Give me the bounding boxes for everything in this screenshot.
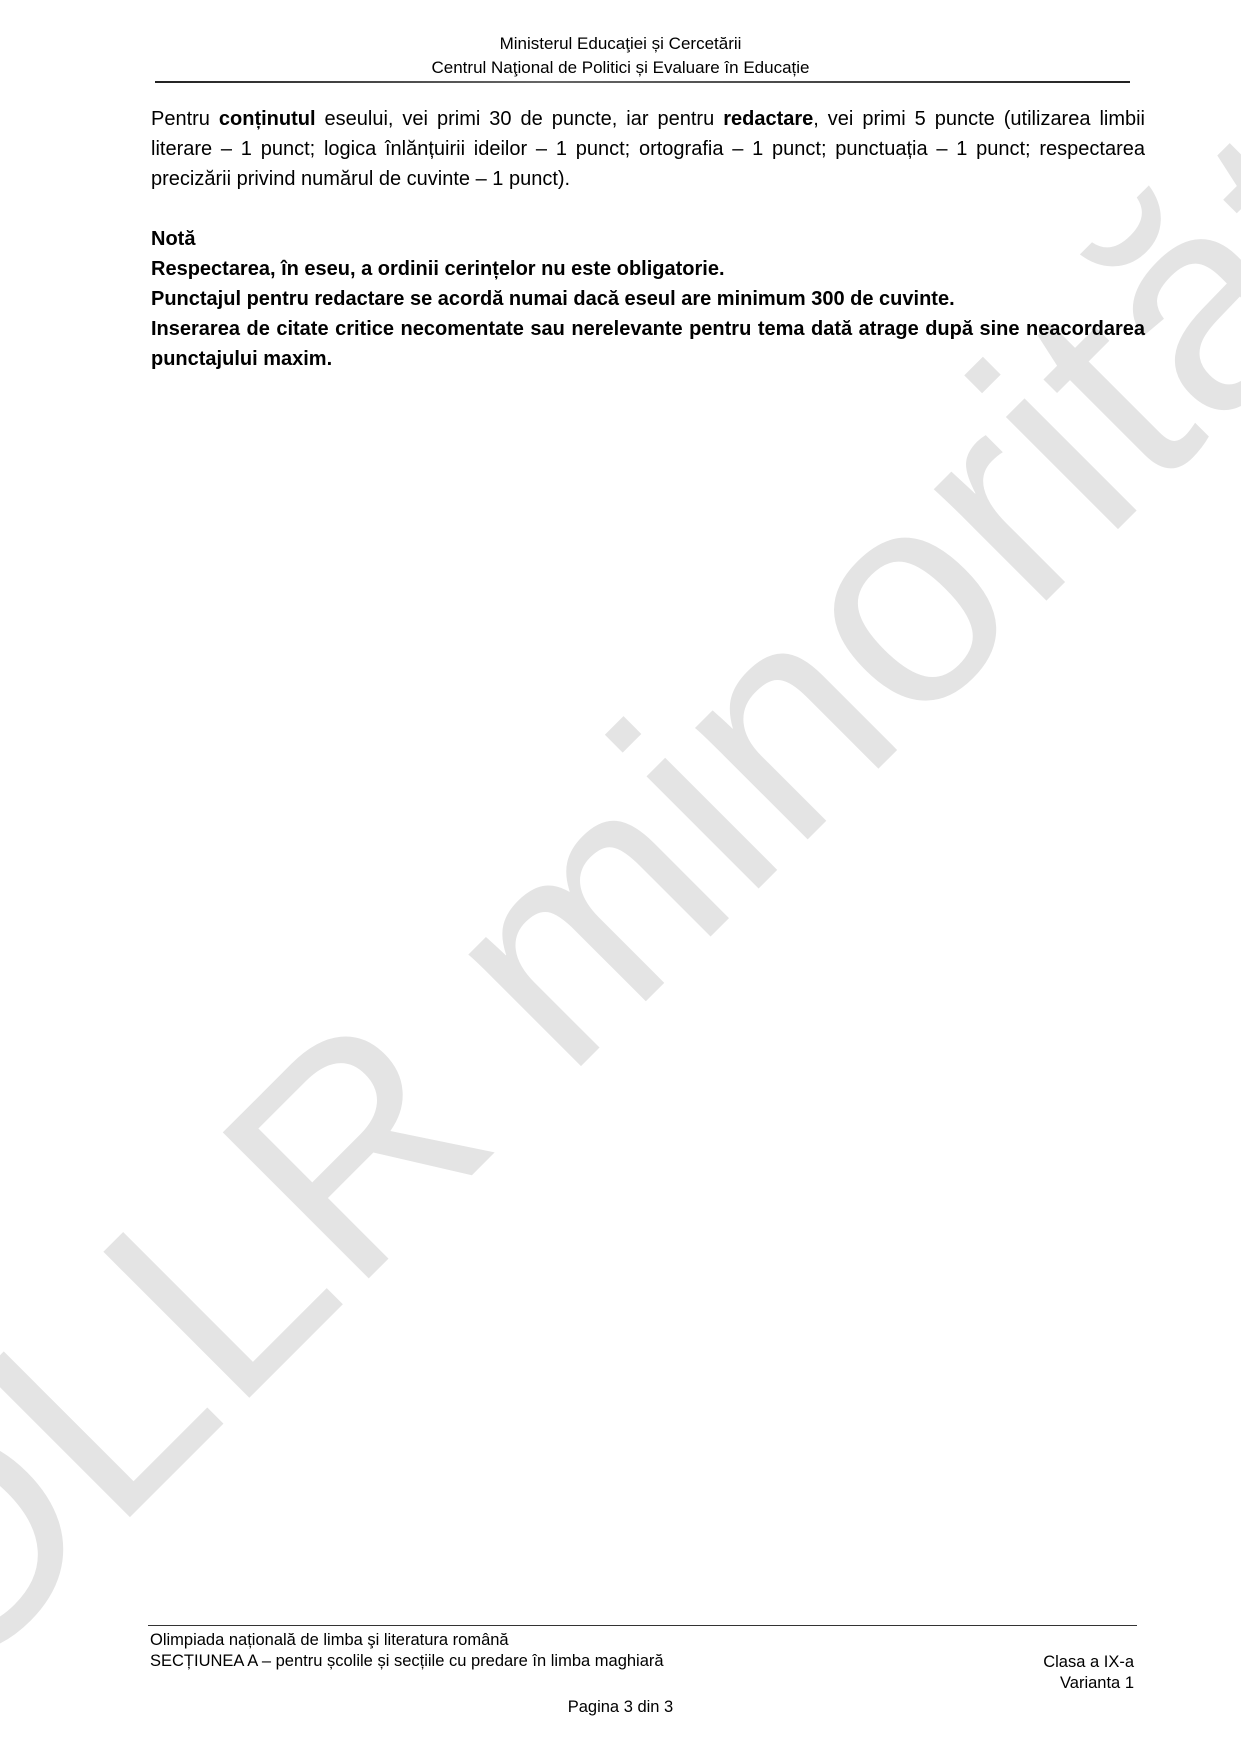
note-line: Respectarea, în eseu, a ordinii cerințel… — [151, 254, 1145, 284]
footer-divider — [148, 1625, 1137, 1626]
document-body: Pentru conținutul eseului, vei primi 30 … — [151, 104, 1145, 374]
footer-section: SECȚIUNEA A – pentru școlile și secțiile… — [150, 1651, 664, 1672]
scoring-paragraph: Pentru conținutul eseului, vei primi 30 … — [151, 104, 1145, 194]
bold-content: conținutul — [219, 108, 316, 130]
footer-variant: Varianta 1 — [1043, 1673, 1134, 1694]
bold-redactare: redactare — [723, 108, 813, 130]
footer-left: Olimpiada națională de limba şi literatu… — [150, 1630, 664, 1672]
header-ministry: Ministerul Educaţiei și Cercetării — [0, 32, 1241, 56]
note-title: Notă — [151, 224, 1145, 254]
footer-class: Clasa a IX-a — [1043, 1652, 1134, 1673]
page-number: Pagina 3 din 3 — [0, 1698, 1241, 1717]
header-center: Centrul Naţional de Politici și Evaluare… — [0, 56, 1241, 80]
note-section: Notă Respectarea, în eseu, a ordinii cer… — [151, 224, 1145, 374]
note-line: Inserarea de citate critice necomentate … — [151, 314, 1145, 374]
note-line: Punctajul pentru redactare se acordă num… — [151, 284, 1145, 314]
text-segment: Pentru — [151, 108, 219, 130]
page-header: Ministerul Educaţiei și Cercetării Centr… — [0, 32, 1241, 80]
footer-right: Clasa a IX-a Varianta 1 — [1043, 1652, 1134, 1694]
text-segment: eseului, vei primi 30 de puncte, iar pen… — [316, 108, 724, 130]
footer-olympiad: Olimpiada națională de limba şi literatu… — [150, 1630, 664, 1651]
header-divider — [155, 81, 1130, 83]
